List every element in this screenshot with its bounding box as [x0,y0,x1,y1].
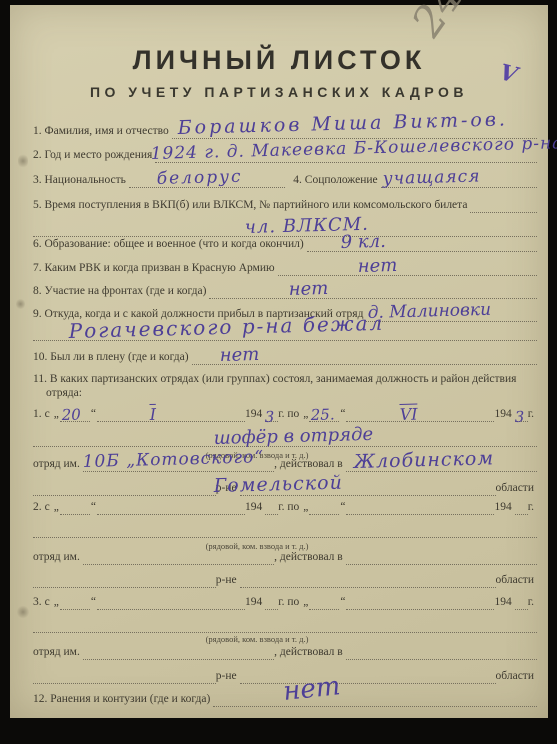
handwritten-to-month: VI [399,405,417,424]
stain-mark [16,298,25,310]
label-g: г. [528,501,537,515]
blank-month [346,594,494,610]
blank-line [83,644,274,660]
blank-line: шофёр в отряде [33,431,537,447]
blank-day: 25. [309,406,339,422]
blank-month [346,499,494,515]
label-rne: р-не [216,670,240,684]
label-g-po: г. по [278,408,302,422]
quote-open: „ [53,501,60,515]
label-g: г. [528,596,537,610]
handwritten-from-year: 3 [265,409,275,426]
service-entry-1-position: шофёр в отряде [33,425,537,447]
field-row-nationality-social: 3. Национальность белорус 4. Соцположени… [33,166,537,188]
field-row-wounds: 12. Ранения и контузии (где и когда) нет [33,685,537,707]
field-row-arrival-cont: Рогачевского р-на бежал [33,319,537,341]
blank-line [346,644,537,660]
blank-line: Жлобинском [346,456,537,472]
quote-open: „ [53,596,60,610]
label-deystvoval: , действовал в [274,646,346,660]
service-entry-2-dates: 2. с „ “ 194 г. по „ “ 194 г. [33,493,537,515]
field-label: 3. Национальность [33,174,129,188]
stain-mark [18,153,28,169]
blank-line [33,572,216,588]
blank-year-digit: 3 [265,406,278,422]
quote-close: “ [339,408,346,422]
blank-year-digit [515,499,528,515]
blank-year-digit [265,594,278,610]
service-entry-1-dates: 1. с „ 20 “ I 194 3 г. по „ 25. “ VI 194… [33,400,537,422]
field-row-rvk: 7. Каким РВК и когда призван в Красную А… [33,254,537,276]
field-row-captivity: 10. Был ли в плену (где и когда) нет [33,343,537,365]
field-label: 5. Время поступления в ВКП(б) или ВЛКСМ,… [33,199,470,213]
blank-year-digit [265,499,278,515]
blank-line: 9 кл. [307,236,537,252]
label-deystvoval: , действовал в [274,458,346,472]
handwritten-wounds: нет [282,672,342,708]
label-194: 194 [245,501,265,515]
handwritten-fronts: нет [289,279,329,301]
field-label: 2. Год и место рождения [33,149,155,163]
label-from: с [45,596,53,610]
blank-year-digit: 3 [515,406,528,422]
handwritten-social: учащаяся [382,168,480,190]
field-row-education: 6. Образование: общее и военное (что и к… [33,230,537,252]
label-rne: р-не [216,574,240,588]
blank-day [60,594,90,610]
field-label: 10. Был ли в плену (где и когда) [33,351,192,365]
label-from: с [45,408,53,422]
blank-month: VI [346,406,494,422]
blank-day: 20 [60,406,90,422]
pencil-corner-number: 248 [402,0,488,45]
field-label: 12. Ранения и контузии (где и когда) [33,693,213,707]
blank-line: 10Б „Котовского“ [83,456,274,472]
handwritten-education: 9 кл. [340,232,386,254]
blank-line: учащаяся [381,172,537,188]
handwritten-position: шофёр в отряде [214,425,374,450]
field-label: 1. Фамилия, имя и отчество [33,125,172,139]
handwritten-from-day: 20 [61,406,81,424]
blank-month: I [97,406,245,422]
label-otryad-im: отряд им. [33,458,83,472]
label-from: с [45,501,53,515]
handwritten-nationality: белорус [156,168,242,190]
blank-line: нет [278,260,537,276]
field-label: 6. Образование: общее и военное (что и к… [33,238,307,252]
service-entry-3-unit: отряд им. , действовал в [33,638,537,660]
quote-close: “ [339,596,346,610]
label-194: 194 [245,408,265,422]
handwritten-birth: 1924 г. д. Макеевка Б-Кошелевского р-на [151,135,557,165]
blank-month [97,499,245,515]
blank-line [33,617,537,633]
handwritten-to-day: 25. [311,406,335,424]
handwritten-to-year: 3 [514,409,524,426]
field-label: 4. Соцположение [285,174,380,188]
form-subtitle: ПО УЧЕТУ ПАРТИЗАНСКИХ КАДРОВ [10,84,548,100]
blank-year-digit [515,594,528,610]
field-row-birth: 2. Год и место рождения 1924 г. д. Макее… [33,141,537,163]
entry-number: 1. [33,408,45,422]
blank-month [97,594,245,610]
blank-line [470,197,537,213]
service-entry-2-unit: отряд им. , действовал в [33,543,537,565]
label-194: 194 [245,596,265,610]
field-label-detachments: 11. В каких партизанских отрядах (или гр… [33,373,537,385]
handwritten-rvk: нет [357,256,397,278]
blank-day [309,499,339,515]
blank-line: нет [192,349,537,365]
quote-open: „ [53,408,60,422]
blank-line: 1924 г. д. Макеевка Б-Кошелевского р-на [155,147,537,163]
blank-line [346,549,537,565]
quote-close: “ [90,596,97,610]
label-194: 194 [494,501,514,515]
quote-open: „ [302,408,309,422]
blank-line [33,668,216,684]
blank-line: Рогачевского р-на бежал [33,325,537,341]
label-deystvoval: , действовал в [274,551,346,565]
service-entry-2-position [33,516,537,538]
stain-mark [17,605,29,619]
quote-close: “ [339,501,346,515]
blank-line [83,549,274,565]
label-oblasti: области [496,574,537,588]
service-entry-1-unit: отряд им. 10Б „Котовского“ , действовал … [33,450,537,472]
field-row-fronts: 8. Участие на фронтах (где и когда) нет [33,277,537,299]
label-g-po: г. по [278,596,302,610]
label-g-po: г. по [278,501,302,515]
service-entry-3-dates: 3. с „ “ 194 г. по „ “ 194 г. [33,588,537,610]
handwritten-captivity: нет [219,345,259,367]
field-label-detachments-2: отряда: [46,387,537,399]
service-entry-3-position [33,611,537,633]
blank-line [33,522,537,538]
blank-day [309,594,339,610]
field-label: 7. Каким РВК и когда призван в Красную А… [33,262,278,276]
field-label: 8. Участие на фронтах (где и когда) [33,285,209,299]
label-g: г. [528,408,537,422]
blank-day [60,499,90,515]
quote-close: “ [90,408,97,422]
quote-close: “ [90,501,97,515]
form-title: ЛИЧНЫЙ ЛИСТОК [10,45,548,76]
blank-line [240,572,496,588]
field-row-party-label: 5. Время поступления в ВКП(б) или ВЛКСМ,… [33,191,537,213]
quote-open: „ [302,596,309,610]
quote-open: „ [302,501,309,515]
label-otryad-im: отряд им. [33,646,83,660]
handwritten-unit: 10Б „Котовского“ [82,449,264,473]
label-194: 194 [494,408,514,422]
entry-number: 2. [33,501,45,515]
label-194: 194 [494,596,514,610]
blank-line: нет [213,691,537,707]
label-oblasti: области [496,670,537,684]
scanned-form-page: ЛИЧНЫЙ ЛИСТОК ПО УЧЕТУ ПАРТИЗАНСКИХ КАДР… [10,5,548,718]
handwritten-acted-in: Жлобинском [353,448,494,474]
blank-line: нет [209,283,537,299]
service-entry-2-region: р-не области [33,566,537,588]
handwritten-from-month: I [150,405,157,424]
blank-line: белорус [129,172,285,188]
blank-line [240,668,496,684]
entry-number: 3. [33,596,45,610]
label-otryad-im: отряд им. [33,551,83,565]
